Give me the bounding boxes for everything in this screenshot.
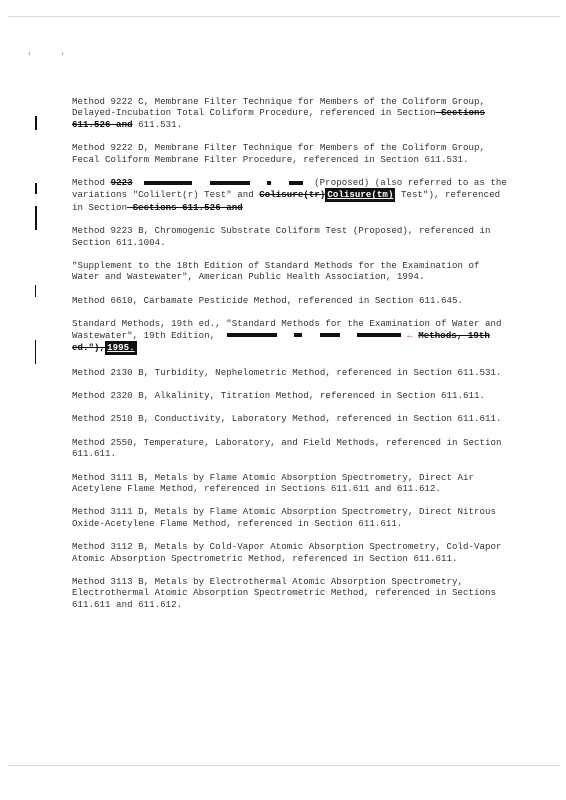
paragraph-text: Method 2510 B, Conductivity, Laboratory …: [72, 413, 502, 424]
paragraph-method-3113b: Method 3113 B, Metals by Electrothermal …: [72, 576, 512, 610]
paragraph-method-2130b: Method 2130 B, Turbidity, Nephelometric …: [72, 367, 512, 378]
change-bar: [35, 285, 36, 297]
change-bar: [35, 183, 37, 194]
paragraph-standard-methods-19th: Standard Methods, 19th ed., "Standard Me…: [72, 318, 512, 354]
paragraph-text: Method 2130 B, Turbidity, Nephelometric …: [72, 367, 502, 378]
paragraph-text: Method 9222 C, Membrane Filter Technique…: [72, 96, 485, 118]
change-bar: [35, 340, 36, 364]
paragraph-method-3112b: Method 3112 B, Metals by Cold-Vapor Atom…: [72, 541, 512, 564]
struck-text: 9223: [111, 177, 133, 188]
paragraph-method-9223: Method 9223 (Proposed) (also referred to…: [72, 177, 512, 213]
struck-text: "),: [89, 342, 106, 353]
paragraph-text: Method 3111 B, Metals by Flame Atomic Ab…: [72, 472, 474, 494]
redaction-mark: [210, 181, 250, 185]
paragraph-text: Method 2320 B, Alkalinity, Titration Met…: [72, 390, 485, 401]
redaction-mark: [320, 333, 340, 337]
paragraph-text: Method 3113 B, Metals by Electrothermal …: [72, 576, 496, 610]
paragraph-text: 611.531.: [133, 119, 183, 130]
paragraph-text: Method 6610, Carbamate Pesticide Method,…: [72, 295, 463, 306]
paragraph-text: Method 3111 D, Metals by Flame Atomic Ab…: [72, 506, 496, 528]
redaction-mark: [294, 333, 302, 337]
paragraph-method-9222c: Method 9222 C, Membrane Filter Technique…: [72, 96, 512, 130]
paragraph-text: Method 9222 D, Membrane Filter Technique…: [72, 142, 485, 164]
inserted-text: Colisure(tm): [325, 188, 395, 201]
paragraph-method-2510b: Method 2510 B, Conductivity, Laboratory …: [72, 413, 512, 424]
paragraph-text: Method 2550, Temperature, Laboratory, an…: [72, 437, 502, 459]
struck-text: Colisure(tr): [259, 189, 325, 200]
redaction-mark: [267, 181, 271, 185]
document-body: Method 9222 C, Membrane Filter Technique…: [72, 96, 512, 622]
page-bottom-rule: [8, 765, 560, 766]
scan-mark: [62, 52, 63, 55]
paragraph-method-3111b: Method 3111 B, Metals by Flame Atomic Ab…: [72, 472, 512, 495]
paragraph-text: Method: [72, 177, 105, 188]
inserted-text: 1995.: [105, 341, 137, 354]
paragraph-method-6610: Method 6610, Carbamate Pesticide Method,…: [72, 295, 512, 306]
redaction-mark: [144, 181, 192, 185]
paragraph-supplement-18th: "Supplement to the 18th Edition of Stand…: [72, 260, 512, 283]
redaction-mark: [227, 333, 277, 337]
redline-arrow-icon: ←: [407, 330, 413, 341]
page-top-rule: [8, 16, 560, 17]
paragraph-method-9222d: Method 9222 D, Membrane Filter Technique…: [72, 142, 512, 165]
change-bar: [35, 206, 37, 230]
change-bar: [35, 116, 37, 130]
struck-text: Sections 611.526 and: [127, 202, 243, 213]
paragraph-text: Method 9223 B, Chromogenic Substrate Col…: [72, 225, 491, 247]
redaction-mark: [289, 181, 303, 185]
paragraph-method-2320b: Method 2320 B, Alkalinity, Titration Met…: [72, 390, 512, 401]
paragraph-text: "Supplement to the 18th Edition of Stand…: [72, 260, 480, 282]
paragraph-method-2550: Method 2550, Temperature, Laboratory, an…: [72, 437, 512, 460]
paragraph-method-9223b: Method 9223 B, Chromogenic Substrate Col…: [72, 225, 512, 248]
scan-mark: [29, 52, 30, 55]
paragraph-method-3111d: Method 3111 D, Metals by Flame Atomic Ab…: [72, 506, 512, 529]
redaction-mark: [357, 333, 401, 337]
paragraph-text: Method 3112 B, Metals by Cold-Vapor Atom…: [72, 541, 502, 563]
